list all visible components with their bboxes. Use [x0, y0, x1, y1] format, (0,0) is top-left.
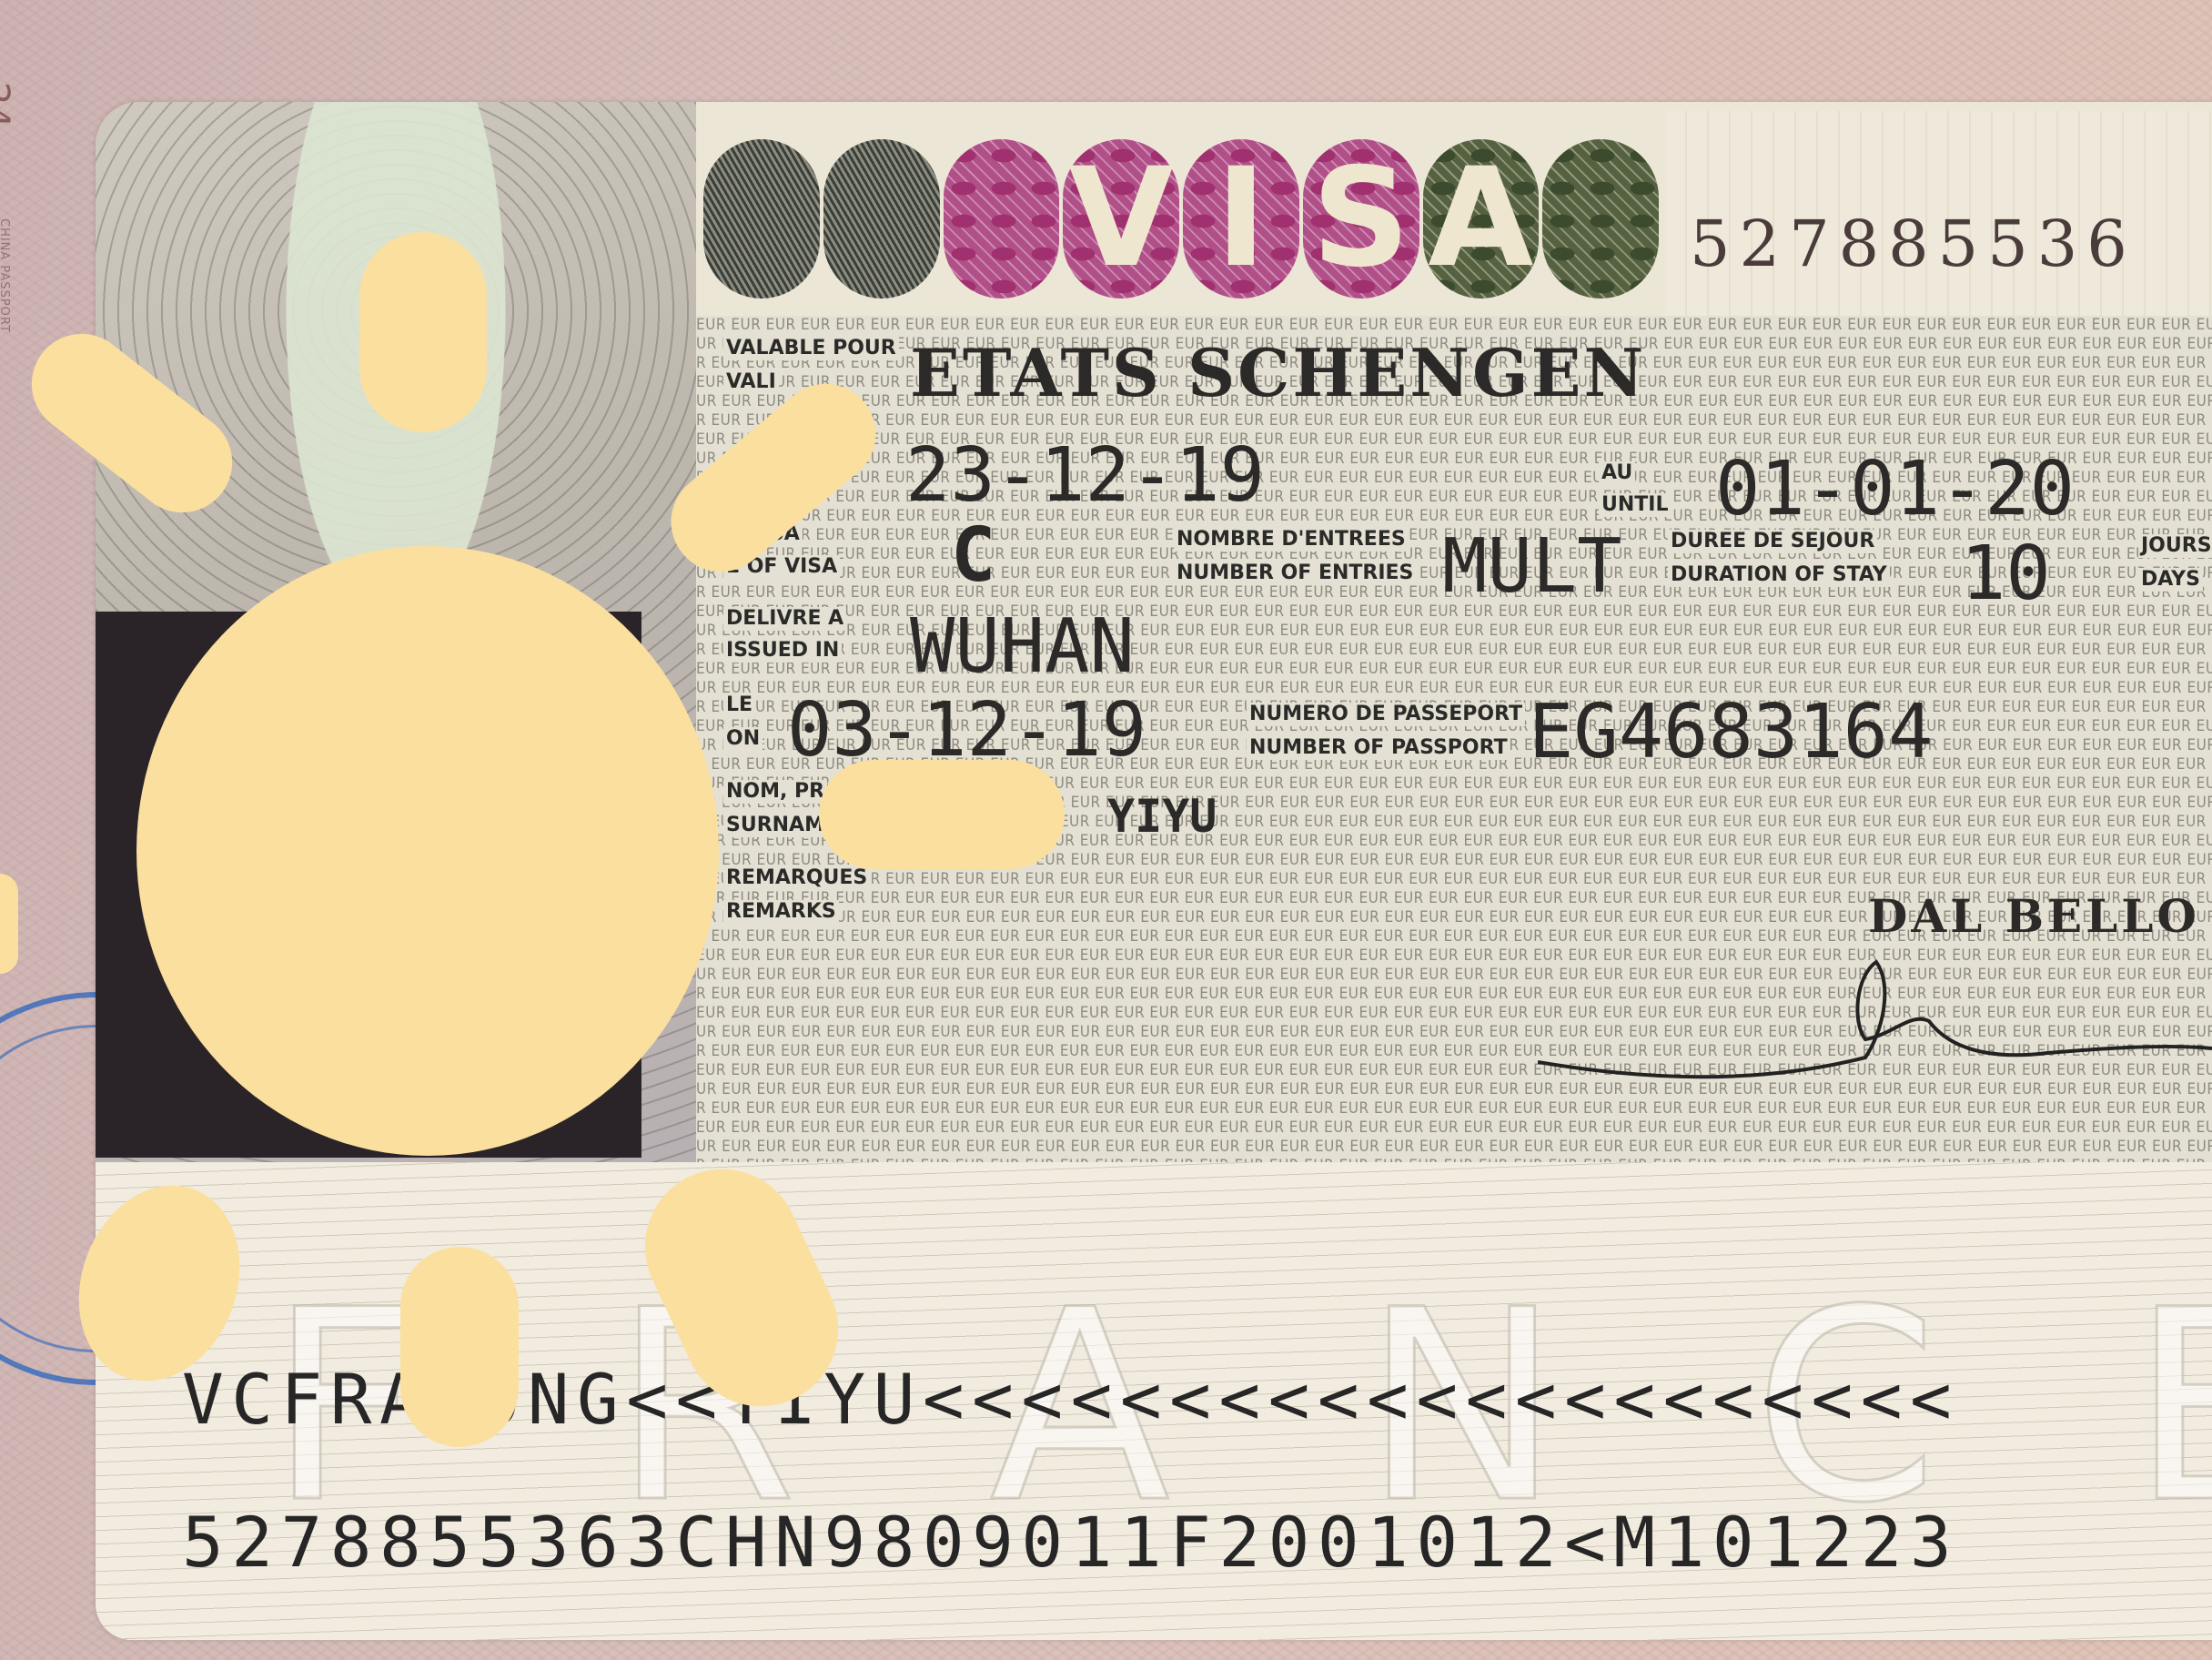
label-issued-on-en: ON — [723, 727, 763, 751]
label-duration-en: DURATION OF STAY — [1668, 563, 1890, 587]
visa-band-green-cell — [1542, 139, 1659, 299]
value-issued-in: WUHAN — [910, 610, 1135, 684]
redaction-blob — [359, 232, 487, 432]
visa-band-dark-cell — [703, 139, 820, 299]
label-name-fr: NOM, PR — [723, 780, 827, 804]
value-number-of-entries: MULT — [1442, 530, 1621, 604]
passport-page-caption: CHINA PASSPORT — [0, 218, 11, 455]
value-issued-on: 03-12-19 — [787, 693, 1146, 768]
label-issued-in-en: ISSUED IN — [723, 639, 842, 663]
label-valid-for-fr: VALABLE POUR — [723, 337, 899, 360]
mrz-line-2: 5278855363CHN9809011F2001012<M101223 — [182, 1508, 1959, 1577]
label-days-fr: JOURS — [2138, 534, 2212, 558]
passport-page-number: 24 — [0, 82, 16, 128]
visa-letter-v: V — [1063, 139, 1179, 299]
visa-letter-a: A — [1423, 139, 1540, 299]
value-valid-from: 23-12-19 — [905, 439, 1265, 513]
label-remarks-fr: REMARQUES — [723, 866, 870, 890]
watermark-letter: E — [2131, 1276, 2212, 1540]
value-valid-until: 01-01-20 — [1715, 452, 2075, 527]
value-passport-number: EG4683164 — [1529, 695, 1933, 770]
label-entries-en: NUMBER OF ENTRIES — [1174, 562, 1416, 585]
label-valid-for-en: VALI — [723, 370, 779, 394]
label-issued-in-fr: DELIVRE A — [723, 607, 846, 631]
visa-letter-s: S — [1303, 139, 1419, 299]
visa-band-dark-cell — [823, 139, 940, 299]
visa-letter-i: I — [1183, 139, 1299, 299]
label-entries-fr: NOMBRE D'ENTREES — [1174, 528, 1409, 552]
label-passport-number-fr: NUMERO DE PASSEPORT — [1247, 703, 1525, 726]
value-visa-type: C — [951, 519, 995, 593]
label-name-en: SURNAM — [723, 814, 827, 837]
label-passport-number-en: NUMBER OF PASSPORT — [1247, 736, 1510, 760]
signature-mark — [1538, 876, 2212, 1094]
redaction-blob — [819, 760, 1065, 869]
visa-serial-number: 527885536 — [1690, 207, 2136, 281]
redaction-blob — [400, 1247, 519, 1447]
visa-letter: V — [1068, 139, 1174, 298]
visa-band-pink-cell — [944, 139, 1060, 299]
redaction-blob-face — [136, 546, 719, 1156]
redaction-blob — [0, 874, 18, 974]
visa-letter: A — [1428, 139, 1533, 298]
label-days-en: DAYS — [2138, 568, 2203, 592]
label-until-fr: AU — [1599, 461, 1635, 485]
value-valid-for: ETATS SCHENGEN — [910, 340, 1646, 406]
value-given-name: YIYU — [1107, 794, 1217, 839]
visa-letter: S — [1312, 139, 1410, 298]
visa-letter: I — [1216, 139, 1267, 298]
label-issued-on-fr: LE — [723, 693, 755, 717]
value-duration-of-stay: 10 — [1961, 537, 2051, 612]
label-remarks-en: REMARKS — [723, 900, 839, 924]
label-duration-fr: DUREE DE SEJOUR — [1668, 530, 1877, 553]
visa-header-band: V I S A — [703, 118, 1659, 319]
label-until-en: UNTIL — [1599, 493, 1672, 517]
